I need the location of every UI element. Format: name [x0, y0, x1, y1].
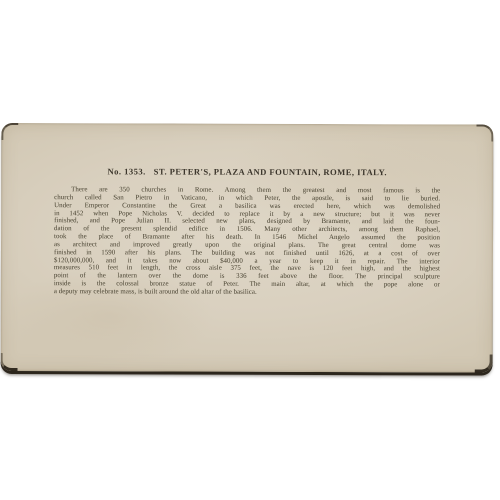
card-title: No. 1353.ST. PETER'S, PLAZA AND FOUNTAIN…: [1, 166, 493, 178]
card-title-text: ST. PETER'S, PLAZA AND FOUNTAIN, ROME, I…: [154, 166, 387, 177]
corner-wear-bottom-left: [1, 353, 18, 371]
stereocard-back: No. 1353.ST. PETER'S, PLAZA AND FOUNTAIN…: [1, 123, 494, 373]
corner-wear-top-left: [1, 123, 18, 140]
card-body-text: There are 350 churches in Rome. Among th…: [54, 186, 440, 297]
scan-background: No. 1353.ST. PETER'S, PLAZA AND FOUNTAIN…: [0, 0, 500, 500]
corner-wear-top-right: [476, 124, 493, 141]
card-number: No. 1353.: [107, 166, 145, 176]
corner-wear-bottom-right: [475, 354, 493, 372]
body-line: a deputy may celebrate mass, is built ar…: [54, 288, 440, 297]
